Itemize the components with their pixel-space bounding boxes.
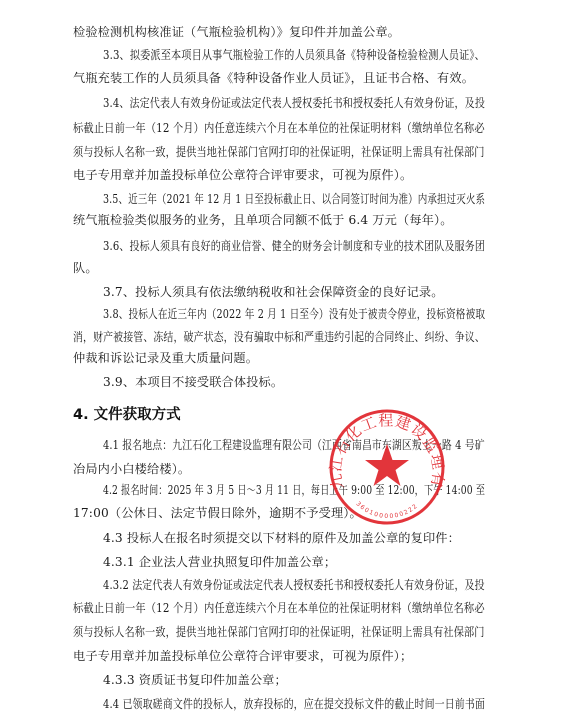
text-line: 冶局内小白楼给楼）。 (73, 461, 485, 477)
text-line: 统气瓶检验类似服务的业务，且单项合同额不低于 6.4 万元（每年）。 (73, 212, 485, 228)
text-line: 3.6、投标人须具有良好的商业信誉、健全的财务会计制度和专业的技术团队及服务团 (103, 238, 417, 254)
text-line: 3.9、本项目不接受联合体投标。 (103, 374, 485, 390)
text-line: 4.3.2 法定代表人有效身份证或法定代表人授权委托书和授权委托人有效身份证，及… (103, 577, 415, 593)
text-line: 须与投标人名称一致，提供当地社保部门官网打印的社保证明，社保证明上需具有社保部门 (73, 144, 417, 160)
text-line: 3.8、投标人在近三年内（2022 年 2 月 1 日至今）没有处于被责令停业，… (103, 306, 406, 322)
text-line: 3.4、法定代表人有效身份证或法定代表人授权委托书和授权委托人有效身份证，及投 (103, 95, 417, 111)
text-line: 标截止日前一年（12 个月）内任意连续六个月在本单位的社保证明材料（缴纳单位名称… (73, 120, 420, 136)
text-line: 检验检测机构核准证（气瓶检验机构）》复印件并加盖公章。 (73, 24, 485, 40)
text-line: 电子专用章并加盖投标单位公章符合评审要求，可视为原件）； (73, 648, 485, 664)
text-line: 须与投标人名称一致，提供当地社保部门官网打印的社保证明，社保证明上需具有社保部门 (73, 624, 417, 640)
text-line: 17:00（公休日、法定节假日除外，逾期不予受理）。 (73, 505, 485, 521)
section-heading: 4. 文件获取方式 (73, 406, 181, 424)
document-page: 检验检测机构核准证（气瓶检验机构）》复印件并加盖公章。3.3、拟委派至本项目从事… (0, 0, 567, 726)
text-line: 队。 (73, 260, 485, 276)
text-line: 气瓶充装工作的人员须具备《特种设备作业人员证》，且证书合格、有效。 (73, 70, 485, 86)
text-line: 4.3.1 企业法人营业执照复印件加盖公章； (103, 554, 485, 570)
text-line: 3.5、近三年（2021 年 12 月 1 日至投标截止日、以合同签订时间为准）… (103, 191, 401, 207)
text-line: 仲裁和诉讼记录及重大质量问题。 (73, 350, 485, 366)
text-line: 4.4 已领取磋商文件的投标人，放弃投标的，应在提交投标文件的截止时间一日前书面 (103, 696, 415, 712)
text-line: 消，财产被接管、冻结，破产状态，没有骗取中标和严重违约引起的合同终止、纠纷、争议… (73, 329, 408, 345)
text-line: 4.3.3 资质证书复印件加盖公章； (103, 672, 485, 688)
text-line: 电子专用章并加盖投标单位公章符合评审要求，可视为原件）。 (73, 167, 485, 183)
text-line: 4.3 投标人在报名时须提交以下材料的原件及加盖公章的复印件： (103, 530, 485, 546)
text-line: 3.3、拟委派至本项目从事气瓶检验工作的人员须具备《特种设备检验检测人员证》、 (103, 47, 422, 63)
text-line: 4.1 报名地点：九江石化工程建设监理有限公司（江西省南昌市东湖区叛士一路 4 … (103, 437, 412, 453)
text-line: 4.2 报名时间：2025 年 3 月 5 日～3 月 11 日，每日上午 9:… (103, 482, 391, 498)
text-line: 标截止日前一年（12 个月）内任意连续六个月在本单位的社保证明材料（缴纳单位名称… (73, 600, 420, 616)
text-line: 3.7、投标人须具有依法缴纳税收和社会保障资金的良好记录。 (103, 284, 485, 300)
